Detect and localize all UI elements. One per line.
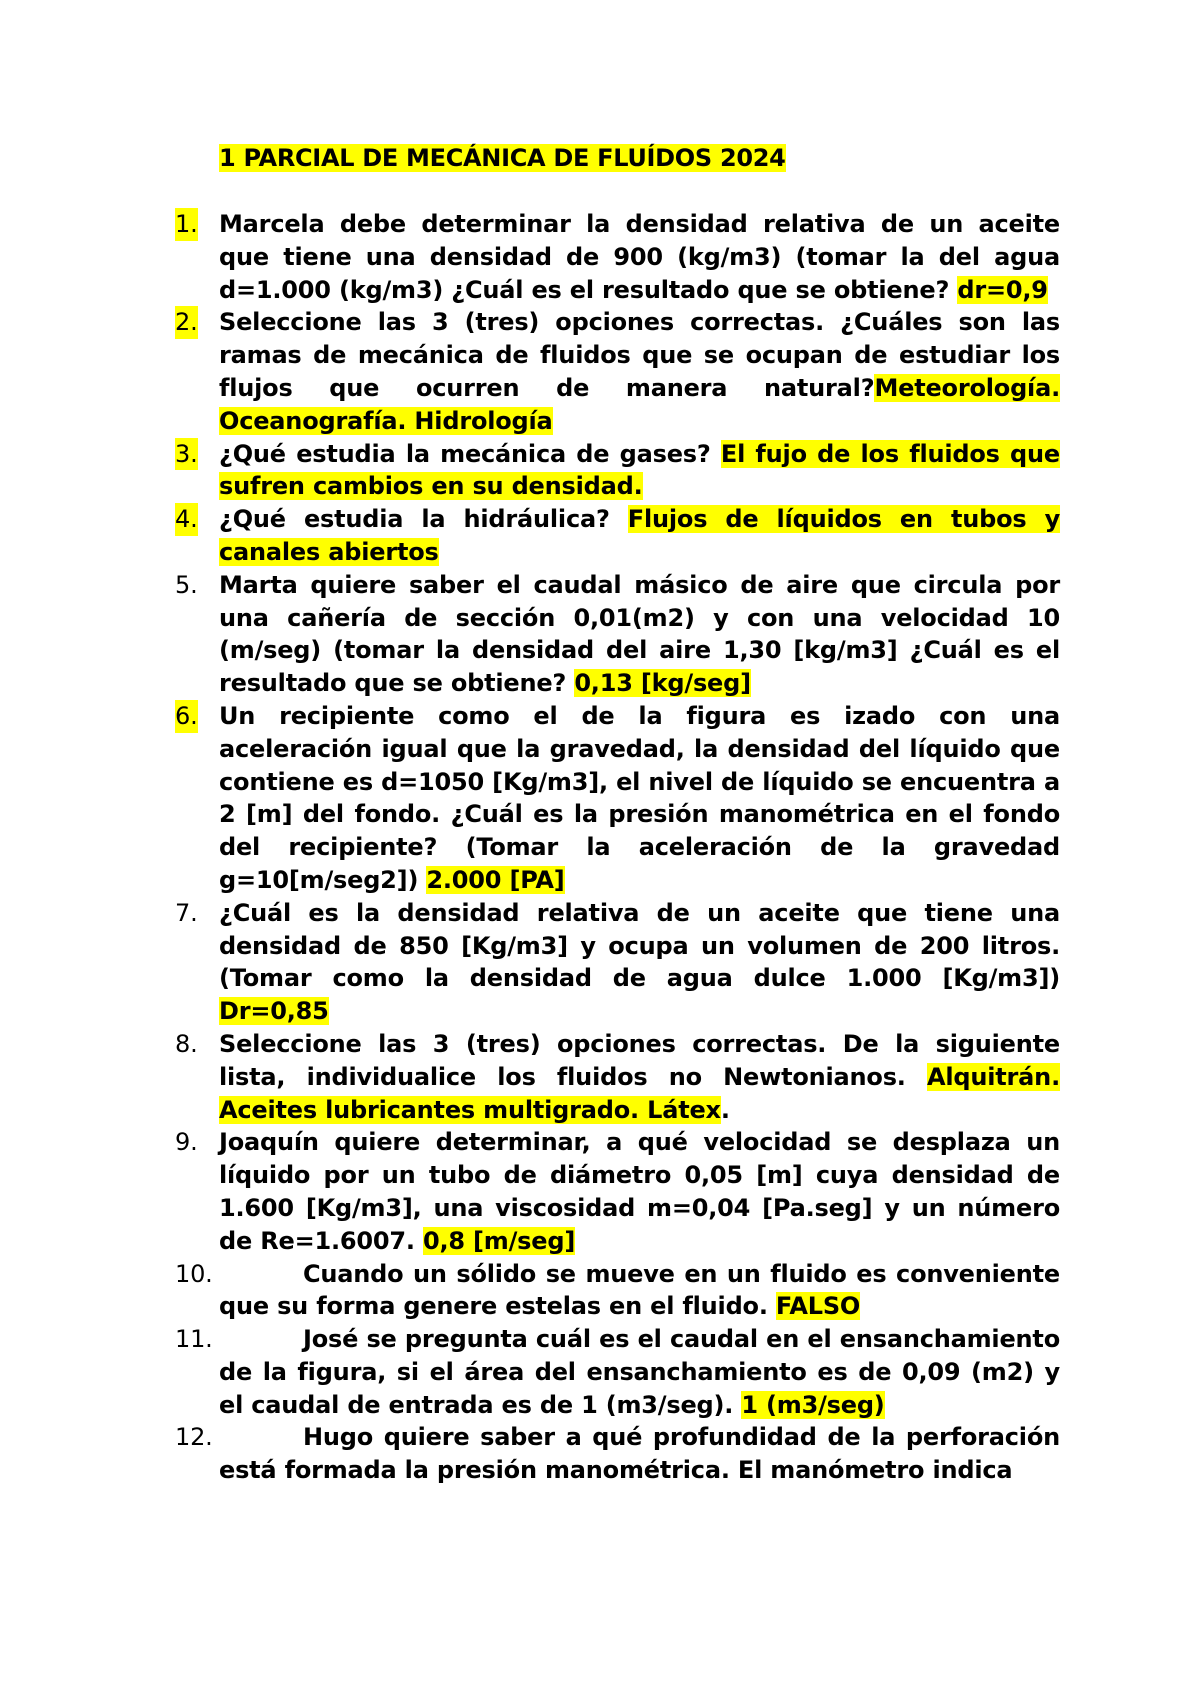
- question-list: 1.Marcela debe determinar la densidad re…: [175, 208, 1060, 1487]
- answer-trailing: .: [721, 1096, 730, 1124]
- question-number: 2.: [175, 306, 198, 339]
- question-number: 8.: [175, 1028, 198, 1061]
- question-item-2: 2.Seleccione las 3 (tres) opciones corre…: [175, 306, 1060, 437]
- question-indent: [219, 1325, 303, 1353]
- question-number: 3.: [175, 438, 198, 471]
- question-number: 12.: [175, 1421, 213, 1454]
- answer-text: FALSO: [776, 1292, 860, 1320]
- question-item-12: 12. Hugo quiere saber a qué profundidad …: [175, 1421, 1060, 1487]
- question-item-10: 10.Cuando un sólido se mueve en un fluid…: [175, 1258, 1060, 1324]
- answer-text: 0,13 [kg/seg]: [574, 669, 751, 697]
- answer-text: dr=0,9: [957, 276, 1047, 304]
- question-item-11: 11.José se pregunta cuál es el caudal en…: [175, 1323, 1060, 1421]
- answer-text: 1 (m3/seg): [741, 1391, 884, 1419]
- question-text: Joaquín quiere determinar, a qué velocid…: [219, 1128, 1060, 1254]
- question-number: 10.: [175, 1258, 213, 1291]
- answer-text: 0,8 [m/seg]: [423, 1227, 575, 1255]
- question-text: Marcela debe determinar la densidad rela…: [219, 210, 1060, 304]
- question-number: 11.: [175, 1323, 213, 1356]
- question-text: Un recipiente como el de la figura es iz…: [219, 702, 1060, 894]
- question-number: 5.: [175, 569, 198, 602]
- answer-text: 2.000 [PA]: [426, 866, 564, 894]
- question-item-5: 5.Marta quiere saber el caudal másico de…: [175, 569, 1060, 700]
- question-number: 4.: [175, 503, 198, 536]
- question-text: Hugo quiere saber a qué profundidad de l…: [219, 1423, 1060, 1484]
- question-text: ¿Qué estudia la mecánica de gases?: [219, 440, 721, 468]
- document-title: 1 PARCIAL DE MECÁNICA DE FLUÍDOS 2024: [219, 141, 786, 175]
- question-item-1: 1.Marcela debe determinar la densidad re…: [175, 208, 1060, 306]
- question-item-7: 7.¿Cuál es la densidad relativa de un ac…: [175, 897, 1060, 1028]
- question-number: 7.: [175, 897, 198, 930]
- question-indent: [219, 1423, 303, 1451]
- question-text: Cuando un sólido se mueve en un fluido e…: [219, 1260, 1060, 1321]
- question-item-9: 9.Joaquín quiere determinar, a qué veloc…: [175, 1126, 1060, 1257]
- question-item-6: 6.Un recipiente como el de la figura es …: [175, 700, 1060, 897]
- question-text: ¿Qué estudia la hidráulica?: [219, 505, 628, 533]
- question-item-8: 8.Seleccione las 3 (tres) opciones corre…: [175, 1028, 1060, 1126]
- question-text: ¿Cuál es la densidad relativa de un acei…: [219, 899, 1060, 993]
- title-text: 1 PARCIAL DE MECÁNICA DE FLUÍDOS 2024: [219, 144, 786, 172]
- question-number: 9.: [175, 1126, 198, 1159]
- document-page: 1 PARCIAL DE MECÁNICA DE FLUÍDOS 2024 1.…: [0, 0, 1200, 1696]
- question-number: 6.: [175, 700, 198, 733]
- question-text: José se pregunta cuál es el caudal en el…: [219, 1325, 1060, 1419]
- question-item-4: 4.¿Qué estudia la hidráulica? Flujos de …: [175, 503, 1060, 569]
- question-indent: [219, 1260, 303, 1288]
- question-number: 1.: [175, 208, 198, 241]
- answer-text: Dr=0,85: [219, 997, 329, 1025]
- question-item-3: 3.¿Qué estudia la mecánica de gases? El …: [175, 438, 1060, 504]
